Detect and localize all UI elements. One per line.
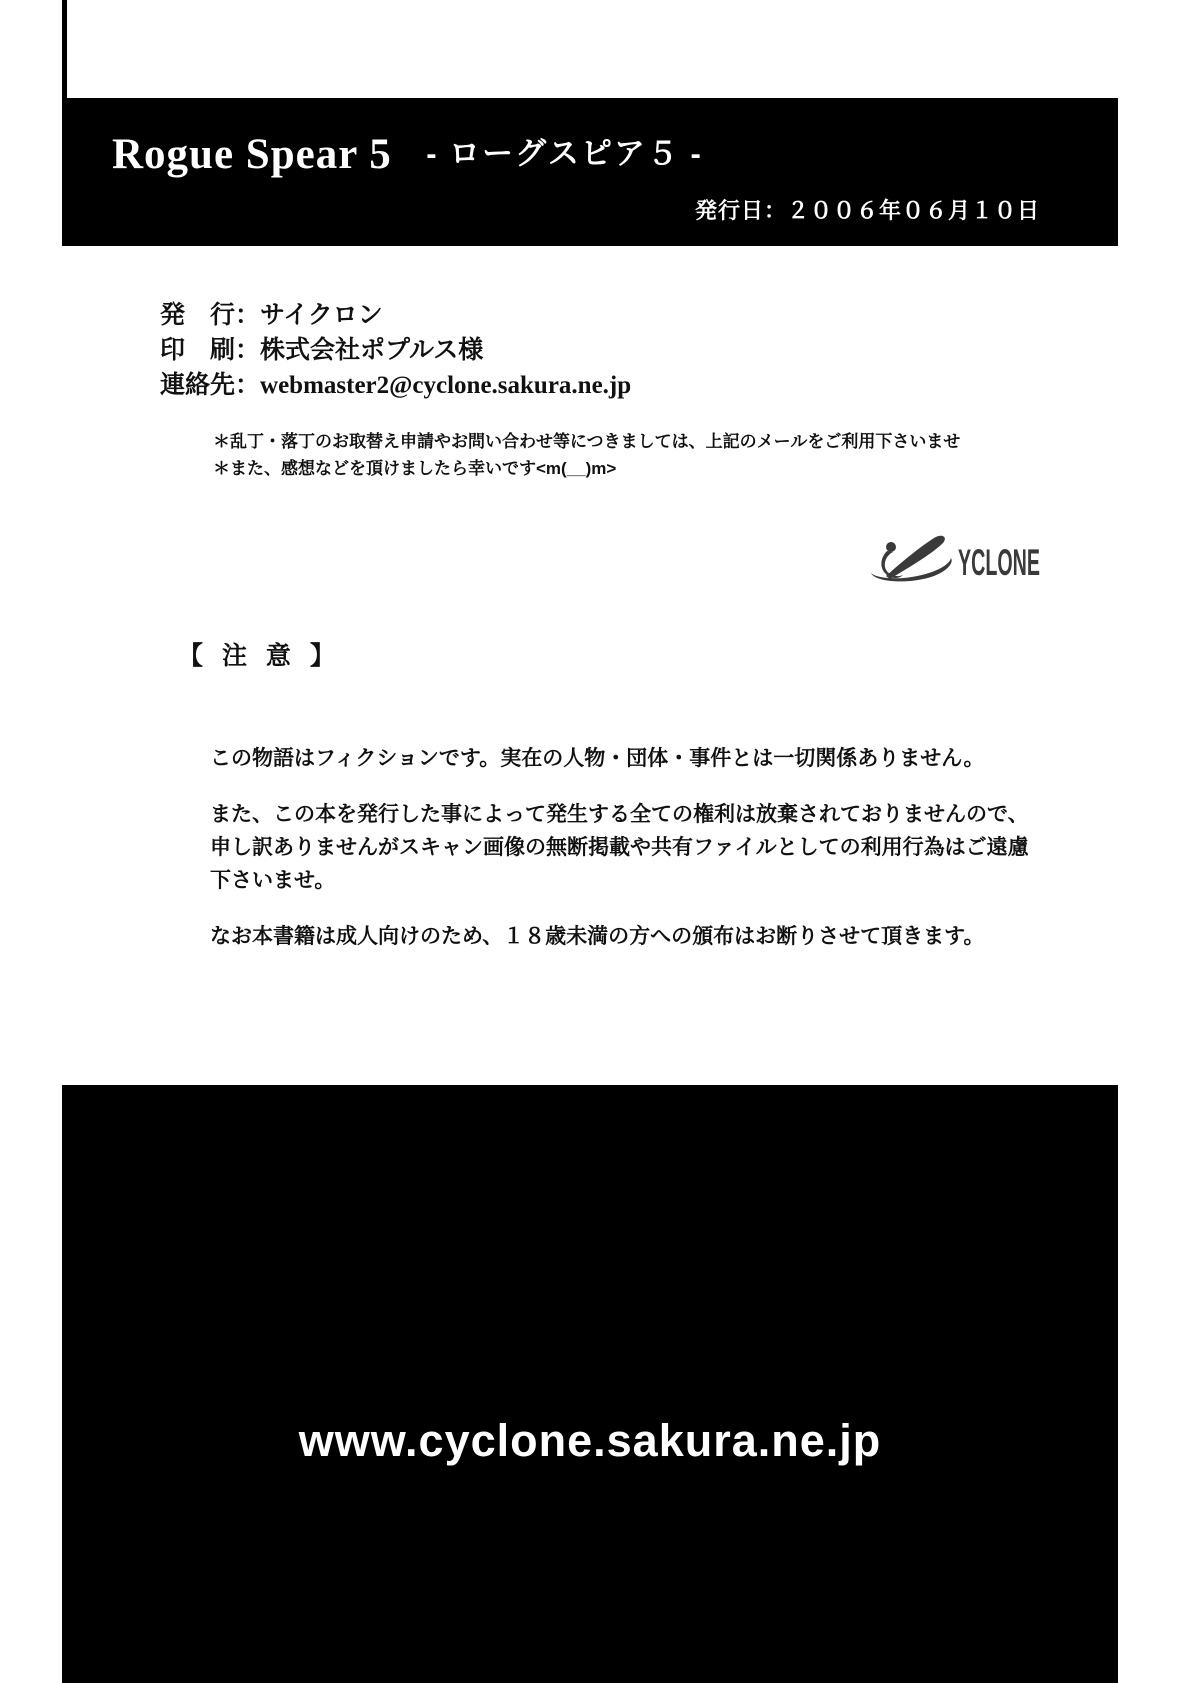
notice-heading: 【 注 意 】 <box>178 636 341 672</box>
publisher-label: 発 行： <box>160 301 260 329</box>
contact-label: 連絡先： <box>160 371 260 399</box>
contact-email: webmaster2@cyclone.sakura.ne.jp <box>260 372 631 399</box>
printer-label: 印 刷： <box>160 336 260 364</box>
page-edge-mark <box>62 0 67 98</box>
remark-feedback: ＊また、感想などを頂けましたら幸いです<m(__)m> <box>213 455 960 482</box>
colophon-block: 発 行：サイクロン 印 刷：株式会社ポプルス様 連絡先：webmaster2@c… <box>160 298 631 403</box>
website-url: www.cyclone.sakura.ne.jp <box>62 1415 1118 1467</box>
figure-head-icon <box>886 542 896 552</box>
contact-row: 連絡先：webmaster2@cyclone.sakura.ne.jp <box>160 368 631 403</box>
title-banner: Rogue Spear 5 - ローグスピア５ - 発行日：２００６年０６月１０… <box>62 98 1118 246</box>
remark-replacement: ＊乱丁・落丁のお取替え申請やお問い合わせ等につきましては、上記のメールをご利用下… <box>213 428 960 455</box>
publisher-row: 発 行：サイクロン <box>160 298 631 333</box>
notice-paragraph-rights: また、この本を発行した事によって発生する全ての権利は放棄されておりませんので、申… <box>210 798 1034 897</box>
printer-row: 印 刷：株式会社ポプルス様 <box>160 333 631 368</box>
cyclone-logo: YCLONE <box>866 522 1044 586</box>
book-title-japanese: - ローグスピア５ - <box>426 136 703 171</box>
printer-value: 株式会社ポプルス様 <box>260 336 483 364</box>
notice-paragraph-fiction: この物語はフィクションです。実在の人物・団体・事件とは一切関係ありません。 <box>210 742 1034 775</box>
book-title-english: Rogue Spear 5 <box>112 131 392 178</box>
footer-banner: www.cyclone.sakura.ne.jp <box>62 1085 1118 1683</box>
remarks-block: ＊乱丁・落丁のお取替え申請やお問い合わせ等につきましては、上記のメールをご利用下… <box>213 428 960 482</box>
notice-body: この物語はフィクションです。実在の人物・団体・事件とは一切関係ありません。 また… <box>210 742 1034 976</box>
cyclone-logo-icon: YCLONE <box>866 522 1044 586</box>
logo-text: YCLONE <box>958 542 1040 583</box>
colophon-page: Rogue Spear 5 - ローグスピア５ - 発行日：２００６年０６月１０… <box>0 0 1200 1683</box>
publish-date: 発行日：２００６年０６月１０日 <box>695 194 1040 225</box>
book-title: Rogue Spear 5 - ローグスピア５ - <box>112 128 703 179</box>
publisher-value: サイクロン <box>260 301 383 329</box>
notice-paragraph-adult: なお本書籍は成人向けのため、１８歳未満の方への頒布はお断りさせて頂きます。 <box>210 920 1034 953</box>
